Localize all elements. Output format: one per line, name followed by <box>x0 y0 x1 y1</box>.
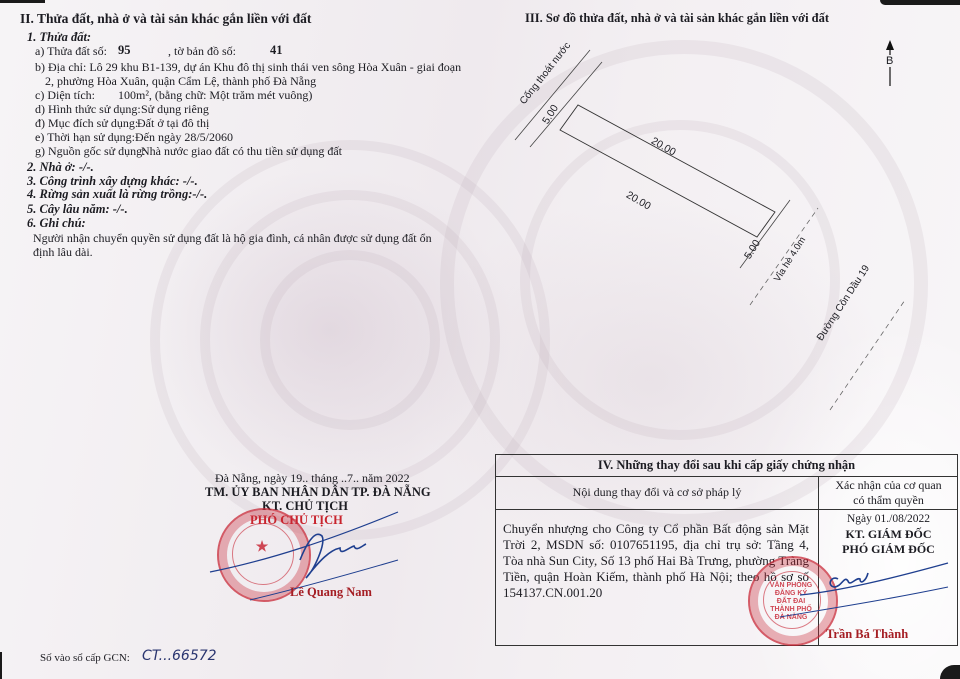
col-header-confirm: Xác nhận của cơ quan có thẩm quyền <box>819 478 958 508</box>
land-heading: 1. Thửa đất: <box>27 30 91 45</box>
area-value: 100m², (bằng chữ: Một trăm mét vuông) <box>118 88 312 103</box>
right-page: III. Sơ đồ thửa đất, nhà ở và tài sản kh… <box>480 0 960 679</box>
notes-line2: định lâu dài. <box>33 245 93 260</box>
address-line1: b) Địa chỉ: Lô 29 khu B1-139, dự án Khu … <box>35 60 461 75</box>
approver-signature <box>760 555 950 625</box>
origin-label: g) Nguồn gốc sử dụng: <box>35 144 146 159</box>
use-term-label: e) Thời hạn sử dụng: <box>35 130 135 145</box>
use-term-value: Đến ngày 28/5/2060 <box>135 130 233 145</box>
notes-heading: 6. Ghi chú: <box>27 216 86 231</box>
table-divider <box>496 509 957 510</box>
parcel-number-label: a) Thửa đất số: <box>35 44 107 59</box>
registry-number: CT...66572 <box>142 648 217 664</box>
map-sheet-label: , tờ bản đồ số: <box>168 44 236 59</box>
approver-name: Trần Bá Thành <box>826 627 908 642</box>
sign-place-date: Đà Nẵng, ngày 19.. tháng ..7.. năm 2022 <box>215 471 410 486</box>
confirm-date: Ngày 01./08/2022 <box>819 512 958 527</box>
map-sheet-number: 41 <box>270 43 283 58</box>
use-purpose-value: Đất ở tại đô thị <box>137 116 209 131</box>
confirm-cell: Ngày 01./08/2022 KT. GIÁM ĐỐC PHÓ GIÁM Đ… <box>819 512 958 557</box>
changes-title: IV. Những thay đổi sau khi cấp giấy chứn… <box>496 455 957 477</box>
use-form-label: d) Hình thức sử dụng: <box>35 102 141 117</box>
left-page: II. Thửa đất, nhà ở và tài sản khác gắn … <box>0 0 480 679</box>
signer-name: Lê Quang Nam <box>290 585 372 600</box>
col-header-confirm-line1: Xác nhận của cơ quan <box>819 478 958 493</box>
parcel-diagram <box>500 40 960 460</box>
address-line2: 2, phường Hòa Xuân, quận Cẩm Lệ, thành p… <box>45 74 316 89</box>
section-ii-title: II. Thửa đất, nhà ở và tài sản khác gắn … <box>20 11 311 27</box>
parcel-number: 95 <box>118 43 131 58</box>
sign-organization: TM. ỦY BAN NHÂN DÂN TP. ĐÀ NẴNG <box>205 485 431 500</box>
confirm-role-kt: KT. GIÁM ĐỐC <box>819 527 958 542</box>
col-header-content: Nội dung thay đổi và cơ sở pháp lý <box>496 476 818 509</box>
use-purpose-label: đ) Mục đích sử dụng: <box>35 116 138 131</box>
section-iii-title: III. Sơ đồ thửa đất, nhà ở và tài sản kh… <box>525 11 829 26</box>
origin-value: Nhà nước giao đất có thu tiền sử dụng đấ… <box>141 144 342 159</box>
registry-label: Số vào sổ cấp GCN: <box>40 652 130 664</box>
area-label: c) Diện tích: <box>35 88 95 103</box>
notes-line1: Người nhận chuyển quyền sử dụng đất là h… <box>33 231 432 246</box>
forest-item: 4. Rừng sản xuất là rừng trồng:-/-. <box>27 187 207 202</box>
perennial-item: 5. Cây lâu năm: -/-. <box>27 202 128 217</box>
use-form-value: Sử dụng riêng <box>141 102 209 117</box>
house-item: 2. Nhà ở: -/-. <box>27 160 94 175</box>
col-header-confirm-line2: có thẩm quyền <box>819 493 958 508</box>
